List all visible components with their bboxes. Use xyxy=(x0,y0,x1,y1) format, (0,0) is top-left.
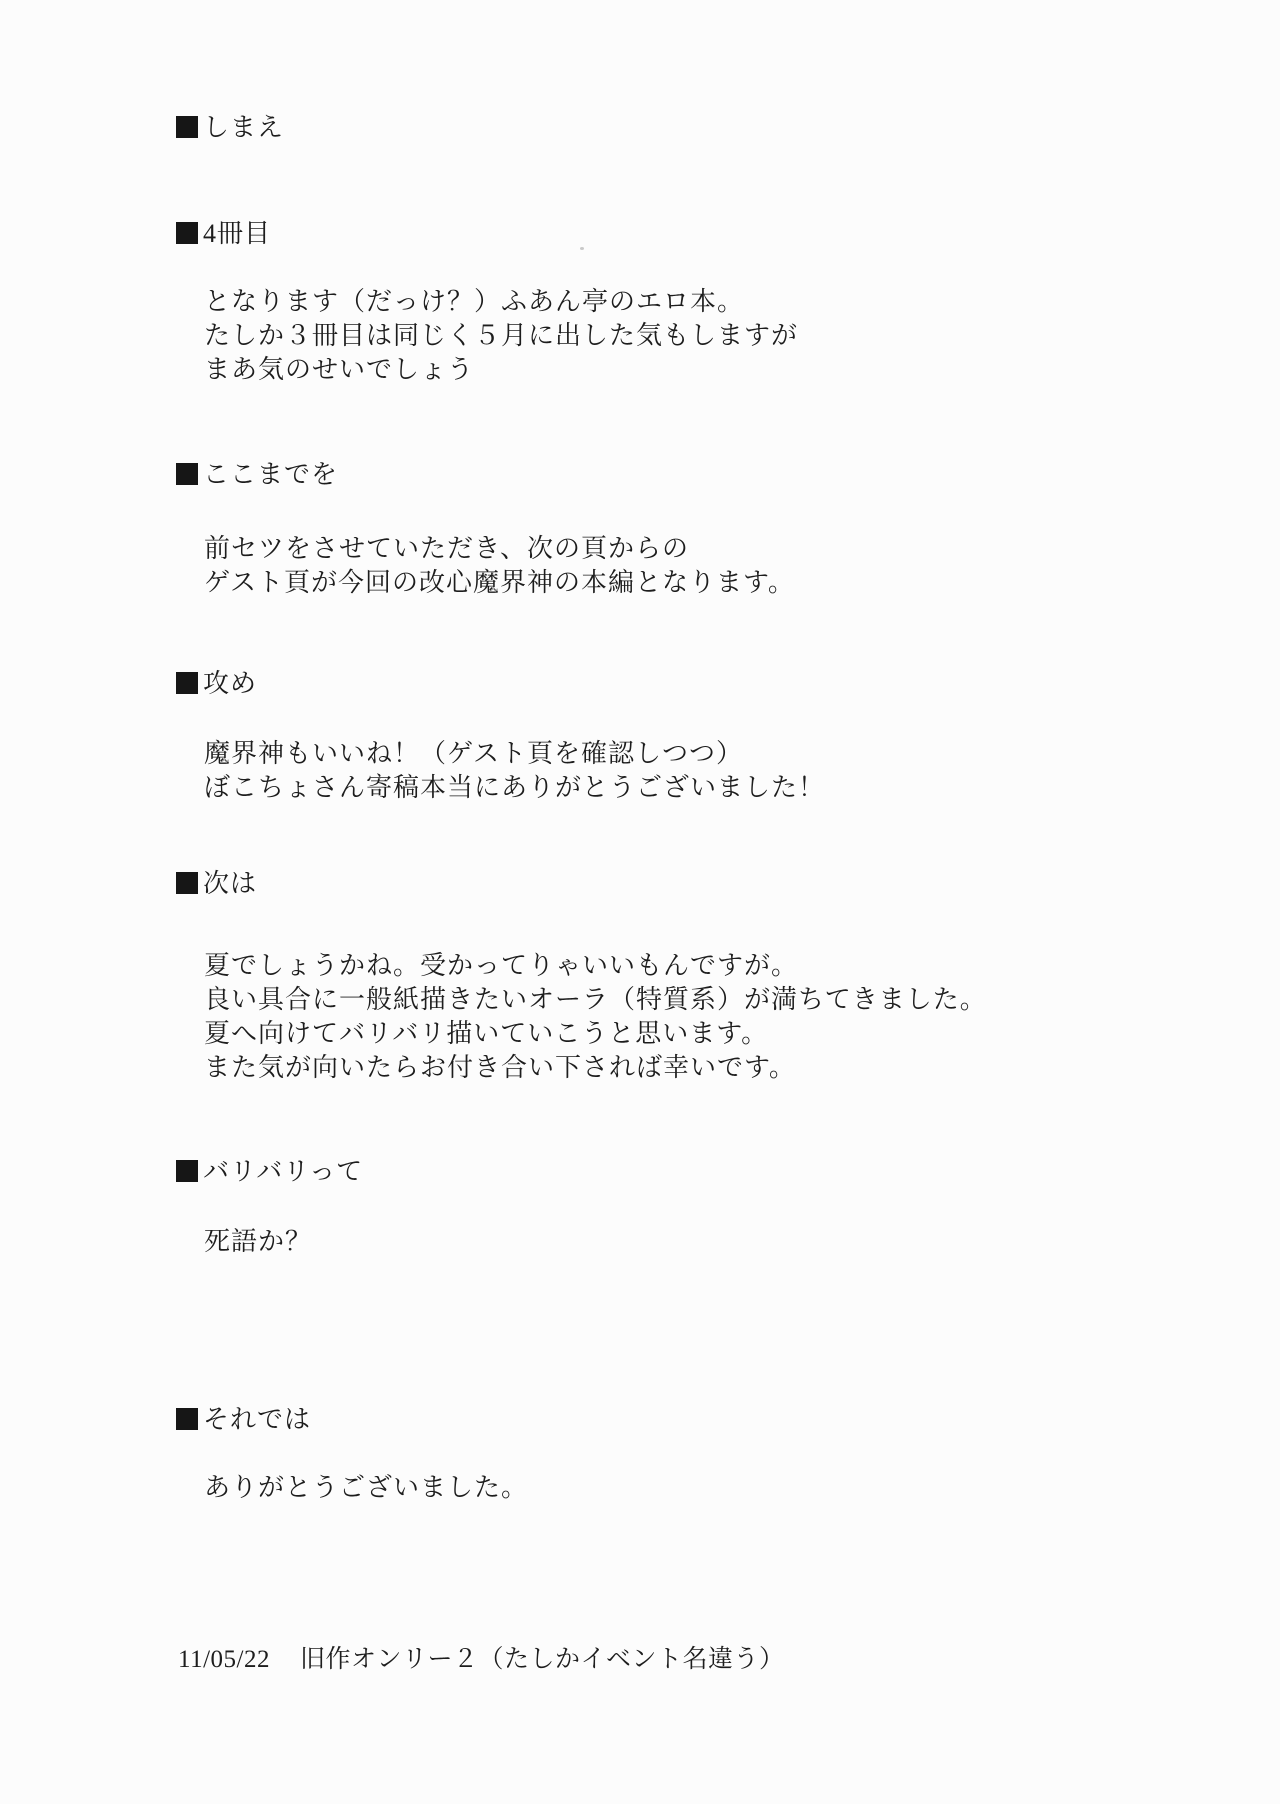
paragraph-line: まあ気のせいでしょう xyxy=(204,353,798,387)
section-paragraph: 前セツをさせていただき、次の頁からの ゲスト頁が今回の改心魔界神の本編となります… xyxy=(204,532,795,600)
black-square-bullet-icon xyxy=(176,1408,198,1430)
section-title: しまえ xyxy=(203,113,284,142)
section-paragraph: 夏でしょうかね。受かってりゃいいもんですが。 良い具合に一般紙描きたいオーラ（特… xyxy=(204,949,987,1085)
section-paragraph: 魔界神もいいね！（ゲスト頁を確認しつつ） ぼこちょさん寄稿本当にありがとうござい… xyxy=(204,737,825,805)
footer-event: 旧作オンリー２（たしかイベント名違う） xyxy=(300,1646,785,1673)
section-header-next: 次は xyxy=(176,867,257,901)
section-header-shimae: しまえ xyxy=(176,111,284,145)
section-title: 4冊目 xyxy=(203,219,271,248)
section-paragraph: となります（だっけ？）ふあん亭のエロ本。 たしか３冊目は同じく５月に出した気もし… xyxy=(204,285,798,387)
black-square-bullet-icon xyxy=(176,872,198,894)
section-header-baribari: バリバリって xyxy=(176,1155,363,1189)
paragraph-line: 死語か？ xyxy=(204,1225,312,1259)
black-square-bullet-icon xyxy=(176,116,198,138)
section-header-soredewa: それでは xyxy=(176,1403,311,1437)
section-header-4th-book: 4冊目 xyxy=(176,217,271,251)
paragraph-line: ありがとうございました。 xyxy=(204,1471,528,1505)
paragraph-line: ゲスト頁が今回の改心魔界神の本編となります。 xyxy=(204,566,795,600)
section-paragraph: 死語か？ xyxy=(204,1225,312,1259)
footer-note: 11/05/22旧作オンリー２（たしかイベント名違う） xyxy=(178,1645,784,1675)
black-square-bullet-icon xyxy=(176,463,198,485)
section-title: バリバリって xyxy=(203,1157,363,1186)
paragraph-line: たしか３冊目は同じく５月に出した気もしますが xyxy=(204,319,798,353)
section-title: それでは xyxy=(203,1405,311,1434)
paragraph-line: となります（だっけ？）ふあん亭のエロ本。 xyxy=(204,285,798,319)
afterword-page: しまえ 4冊目 となります（だっけ？）ふあん亭のエロ本。 たしか３冊目は同じく５… xyxy=(0,0,1280,1804)
paragraph-line: 良い具合に一般紙描きたいオーラ（特質系）が満ちてきました。 xyxy=(204,983,987,1017)
black-square-bullet-icon xyxy=(176,222,198,244)
paragraph-line: 魔界神もいいね！（ゲスト頁を確認しつつ） xyxy=(204,737,825,771)
black-square-bullet-icon xyxy=(176,672,198,694)
paragraph-line: 夏へ向けてバリバリ描いていこうと思います。 xyxy=(204,1017,987,1051)
paragraph-line: ぼこちょさん寄稿本当にありがとうございました！ xyxy=(204,771,825,805)
section-paragraph: ありがとうございました。 xyxy=(204,1471,528,1505)
paragraph-line: 夏でしょうかね。受かってりゃいいもんですが。 xyxy=(204,949,987,983)
scan-speck xyxy=(580,247,584,250)
section-header-up-to-here: ここまでを xyxy=(176,458,338,492)
paragraph-line: また気が向いたらお付き合い下されば幸いです。 xyxy=(204,1051,987,1085)
black-square-bullet-icon xyxy=(176,1160,198,1182)
section-title: ここまでを xyxy=(203,460,338,489)
footer-date: 11/05/22 xyxy=(178,1646,270,1673)
section-title: 攻め xyxy=(203,669,257,698)
paragraph-line: 前セツをさせていただき、次の頁からの xyxy=(204,532,795,566)
section-header-seme: 攻め xyxy=(176,667,257,701)
section-title: 次は xyxy=(203,869,257,898)
